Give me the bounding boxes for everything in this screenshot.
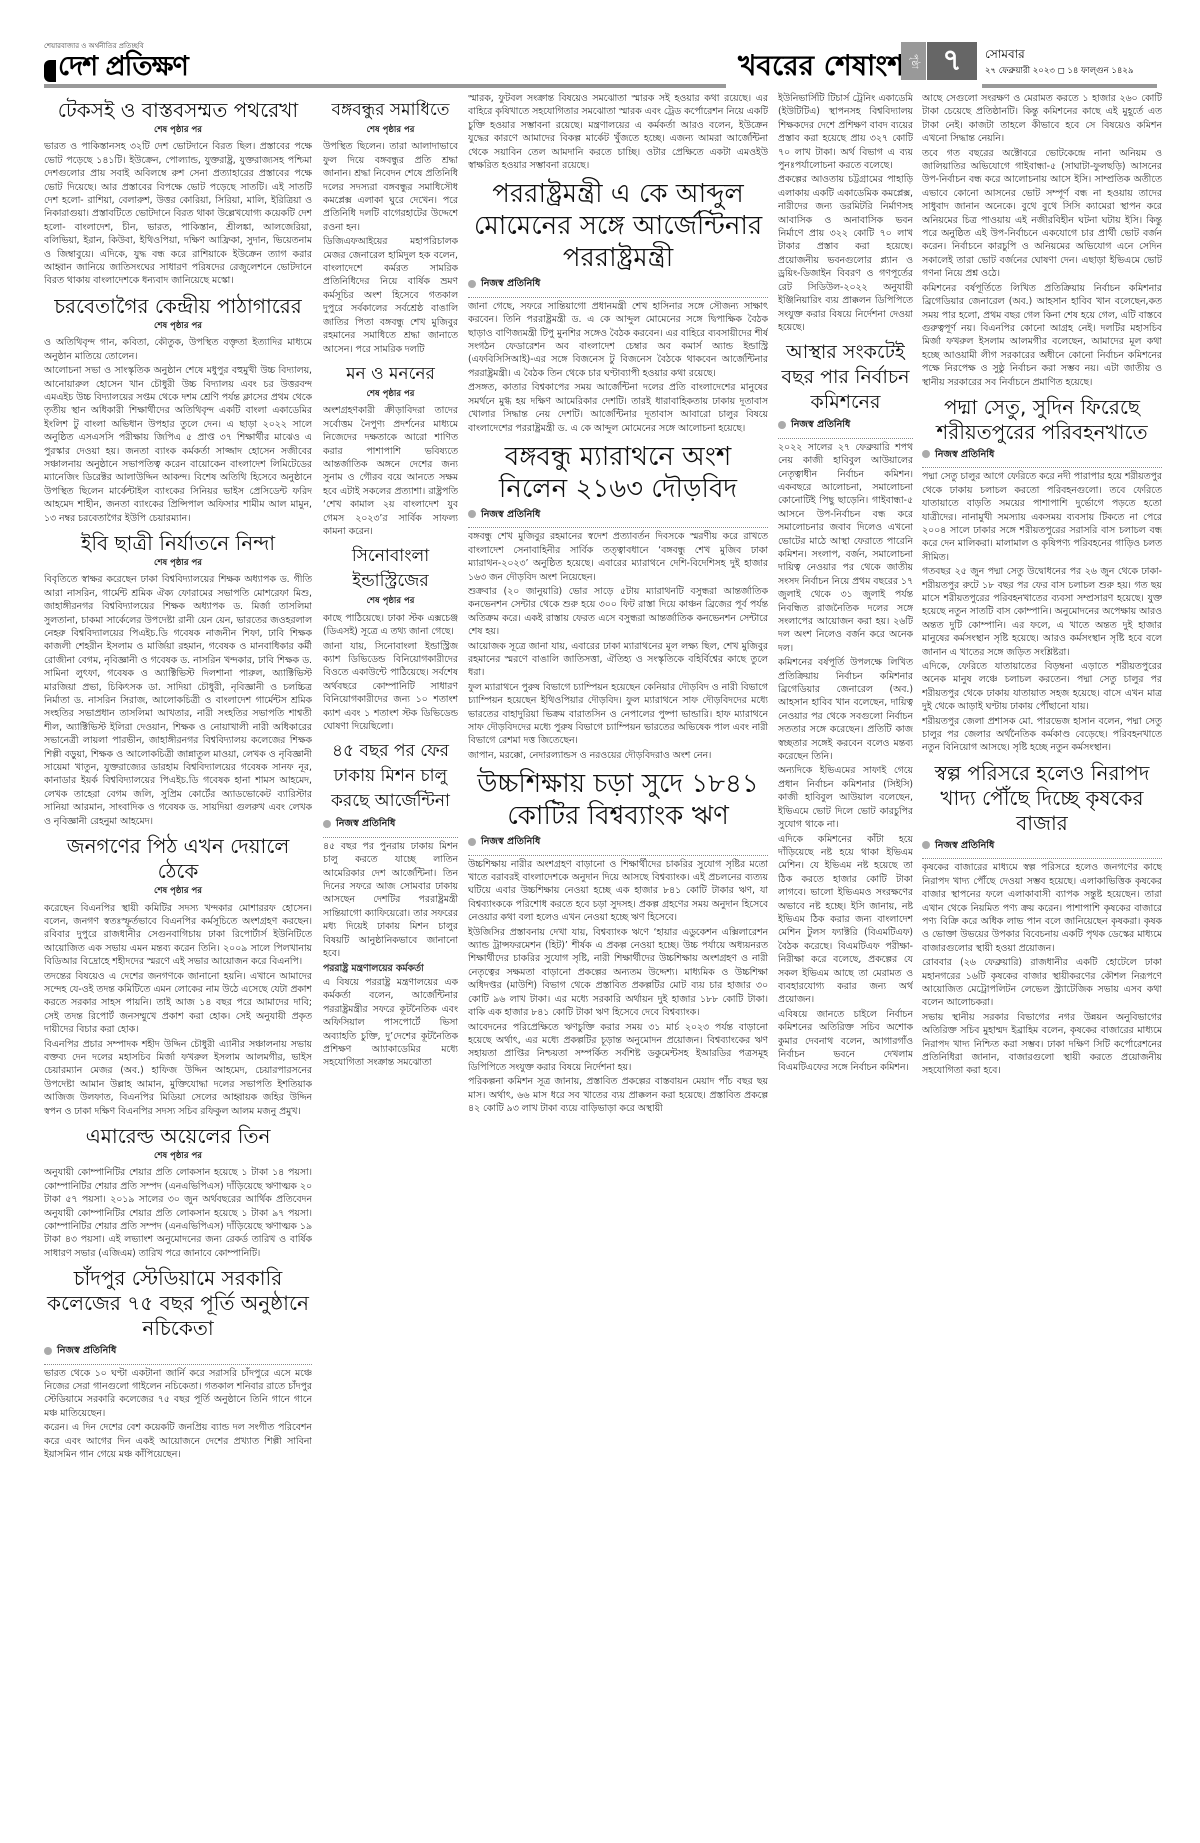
- article-emerald-p1: অনুযায়ী কোম্পানিটির শেয়ার প্রতি লোকসান…: [44, 1166, 312, 1260]
- continued-label: শেষ পৃষ্ঠার পর: [44, 320, 312, 333]
- byline: নিজস্ব প্রতিনিধি: [323, 817, 458, 837]
- headline-chandpur[interactable]: চাঁদপুর স্টেডিয়ামে সরকারি কলেজের ৭৫ বছর…: [44, 1266, 312, 1341]
- bullet-icon: [323, 820, 331, 828]
- issue-date: ২৭ ফেব্রুয়ারী ২০২৩ ◻ ১৪ ফাল্গুন ১৪২৯: [985, 64, 1133, 78]
- continued-label: শেষ পৃষ্ঠার পর: [44, 124, 312, 137]
- headline-momen[interactable]: পররাষ্ট্রমন্ত্রী এ কে আব্দুল মোমেনের সঙ্…: [468, 178, 768, 274]
- bullet-icon: [468, 838, 476, 846]
- byline: নিজস্ব প্রতিনিধি: [922, 839, 1162, 859]
- byline: নিজস্ব প্রতিনিধি: [468, 508, 768, 528]
- headline-emerald[interactable]: এমারেল্ড অয়েলের তিন: [44, 1124, 312, 1149]
- section-title: খবরের শেষাংশ: [738, 44, 904, 91]
- article-krishok-p2: রোববার (২৬ ফেব্রুয়ারি) রাজধানীর একটি হো…: [922, 956, 1162, 1010]
- bullet-icon: [44, 1347, 52, 1355]
- article-jonogon-p1: করেছেন বিএনপির স্থায়ী কমিটির সদস্য খন্দ…: [44, 902, 312, 969]
- bullet-icon: [922, 450, 930, 458]
- continued-label: শেষ পৃষ্ঠার পর: [44, 885, 312, 898]
- article-university-p1: ইউনিভার্সিটি টিচার্স ট্রেনিং একাডেমি (ইউ…: [778, 92, 913, 172]
- bullet-icon: [468, 510, 476, 518]
- article-jonogon-p3: বিএনপির প্রচার সম্পাদক শহীদ উদ্দিন চৌধুর…: [44, 1038, 312, 1118]
- column-election: ইউনিভার্সিটি টিচার্স ট্রেনিং একাডেমি (ইউ…: [778, 92, 913, 1832]
- article-momen-lead: স্মারক, ফুটবল সংক্রান্ত বিষয়েও সমঝোতা স…: [468, 92, 768, 172]
- article-texoi-p1: ভারত ও পাকিস্তানসহ ৩২টি দেশ ভোটদানে বিরত…: [44, 140, 312, 287]
- article-padma-p4: শরীয়তপুর জেলা প্রশাসক মো. পারভেজ হাসান …: [922, 715, 1162, 755]
- article-marathon-p2: শুক্রবার (২০ জানুয়ারি) ভোর সাড়ে ৫টায় …: [468, 585, 768, 639]
- article-worldbank-p4: পরিকল্পনা কমিশন সূত্র জানায়, প্রস্তাবিত…: [468, 1075, 768, 1115]
- byline: নিজস্ব প্রতিনিধি: [922, 448, 1162, 468]
- headline-jonogon[interactable]: জনগণের পিঠ এখন দেয়ালে ঠেকে: [44, 834, 312, 884]
- article-worldbank-p1: উচ্চশিক্ষায় নারীর অংশগ্রহণ বাড়ানো ও শি…: [468, 858, 768, 925]
- article-ec-p4: এদিকে কমিশনের কাঁটা হয়ে দাঁড়িয়েছে নষ্…: [778, 833, 913, 1007]
- continued-label: শেষ পৃষ্ঠার পর: [323, 124, 458, 137]
- article-chandpur-p2: করেন। এ দিন দেশের বেশ কয়েকটি জনপ্রিয় ব…: [44, 1421, 312, 1461]
- paper-name: দেশ প্রতিক্ষণ: [58, 51, 188, 82]
- article-momen-p1: জানা গেছে, সফরে সান্তিয়াগো প্রধানমন্ত্র…: [468, 300, 768, 380]
- continued-label: শেষ পৃষ্ঠার পর: [323, 388, 458, 401]
- page-number: ৭: [927, 42, 977, 80]
- article-ec-p2: কমিশনের বর্ষপূর্তি উপলক্ষে লিখিত প্রতিক্…: [778, 656, 913, 763]
- article-ec-p1: ২০২২ সালের ২৭ ফেব্রুয়ারি শপথ নেয় কাজী …: [778, 441, 913, 656]
- article-mission-p1: ৪৫ বছর পর পুনরায় ঢাকায় মিশন চালু করতে …: [323, 840, 458, 961]
- article-sino-p2: জানা যায়, সিনোবাংলা ইন্ডাস্ট্রিজ ক্যাশ …: [323, 640, 458, 734]
- article-charbetagi-p1: ও অতিথিবৃন্দ গান, কবিতা, কৌতুক, উপস্থিত …: [44, 336, 312, 363]
- headline-bangabandhu-tomb[interactable]: বঙ্গবন্ধুর সমাধিতে: [323, 98, 458, 123]
- continued-label: শেষ পৃষ্ঠার পর: [44, 557, 312, 570]
- column-middle: স্মারক, ফুটবল সংক্রান্ত বিষয়েও সমঝোতা স…: [468, 92, 768, 1832]
- article-mon-p1: অংশগ্রহণকারী ক্রীড়াবিদরা তাদের সর্বোত্ত…: [323, 404, 458, 538]
- header-rule-right: [982, 84, 1157, 88]
- column-left: টেকসই ও বাস্তবসম্মত পথরেখা শেষ পৃষ্ঠার প…: [44, 92, 312, 1832]
- headline-ibi[interactable]: ইবি ছাত্রী নির্যাতনে নিন্দা: [44, 531, 312, 556]
- article-evm-p3: কমিশনের বর্ষপূর্তিতে লিখিত প্রতিক্রিয়ায…: [922, 282, 1162, 389]
- article-krishok-p3: সভায় স্থানীয় সরকার বিভাগের নগর উন্নয়ন…: [922, 1011, 1162, 1078]
- article-chandpur-p1: ভারত থেকে ১০ ঘণ্টা একটানা জার্নি করে সরা…: [44, 1367, 312, 1421]
- article-sino-p1: কাছে পাঠিয়েছে। ঢাকা স্টক এক্সচেঞ্জ (ডিএ…: [323, 612, 458, 639]
- issue-day: সোমবার: [985, 46, 1025, 66]
- headline-worldbank[interactable]: উচ্চশিক্ষায় চড়া সুদে ১৮৪১ কোটির বিশ্বব…: [468, 768, 768, 832]
- headline-charbetagi[interactable]: চরবেতাগৈর কেন্দ্রীয় পাঠাগারের: [44, 294, 312, 319]
- header-rule-left: [44, 84, 726, 88]
- headline-krishok-bazar[interactable]: স্বল্প পরিসরে হলেও নিরাপদ খাদ্য পৌঁছে দি…: [922, 761, 1162, 836]
- article-ibi-p1: বিবৃতিতে স্বাক্ষর করেছেন ঢাকা বিশ্ববিদ্য…: [44, 573, 312, 828]
- bullet-icon: [468, 280, 476, 288]
- column-right: আছে সেগুলো সংরক্ষণ ও মেরামত করতে ১ হাজার…: [922, 92, 1162, 1832]
- article-mission-subhead: পররাষ্ট্র মন্ত্রণালয়ের কর্মকর্তা: [323, 962, 458, 975]
- article-krishok-p1: কৃষকের বাজারের মাধ্যমে স্বল্প পরিসরে হলে…: [922, 861, 1162, 955]
- article-padma-p1: পদ্মা সেতু চালুর আগে ফেরিতে করে নদী পারা…: [922, 470, 1162, 564]
- headline-texoi[interactable]: টেকসই ও বাস্তবসম্মত পথরেখা: [44, 98, 312, 123]
- article-mission-p2: এ বিষয়ে পররাষ্ট্র মন্ত্রণালয়ের এক কর্ম…: [323, 976, 458, 1070]
- byline: নিজস্ব প্রতিনিধি: [468, 277, 768, 297]
- article-padma-p2: গতবছর ২৫ জুন পদ্মা সেতু উদ্বোধনের পর ২৬ …: [922, 565, 1162, 659]
- article-tomb-p1: উপস্থিত ছিলেন। তারা আলাদাভাবে ফুল দিয়ে …: [323, 140, 458, 234]
- article-worldbank-p2: ইউজিসির প্রস্তাবনায় দেখা যায়, বিশ্বব্য…: [468, 926, 768, 1020]
- headline-mon-monon[interactable]: মন ও মননের: [323, 362, 458, 387]
- article-university-p2: প্রকল্পের আওতায় চট্টগ্রামের পাহাড়ি এলা…: [778, 173, 913, 334]
- article-evm-p1: আছে সেগুলো সংরক্ষণ ও মেরামত করতে ১ হাজার…: [922, 92, 1162, 146]
- byline: নিজস্ব প্রতিনিধি: [44, 1344, 312, 1364]
- article-ec-p3: অন্যদিকে ইভিএমের সাফাই গেয়ে প্রধান নির্…: [778, 764, 913, 831]
- article-ec-p5: এবিষয়ে জানতে চাইলে নির্বাচন কমিশনের অতি…: [778, 1008, 913, 1075]
- continued-label: শেষ পৃষ্ঠার পর: [323, 595, 458, 608]
- article-worldbank-p3: আবেদনের পরিপ্রেক্ষিতে ঋণচুক্তি করার সময়…: [468, 1021, 768, 1075]
- bullet-icon: [778, 421, 786, 429]
- column-narrow: বঙ্গবন্ধুর সমাধিতে শেষ পৃষ্ঠার পর উপস্থি…: [323, 92, 458, 1832]
- article-padma-p3: এদিকে, ফেরিতে যাতায়াতের বিড়ম্বনা এড়াত…: [922, 660, 1162, 714]
- headline-argentina-mission[interactable]: ৪৫ বছর পর ফের ঢাকায় মিশন চালু করছে আর্জ…: [323, 739, 458, 814]
- logo-emblem-icon: [44, 60, 56, 82]
- article-momen-p2: প্রসঙ্গত, কাতার বিশ্বকাপের সময় আর্জেন্ট…: [468, 381, 768, 435]
- headline-marathon[interactable]: বঙ্গবন্ধু ম্যারাথনে অংশ নিলেন ২১৬৩ দৌড়ব…: [468, 441, 768, 505]
- bullet-icon: [922, 841, 930, 849]
- headline-sinobangla[interactable]: সিনোবাংলা ইন্ডাস্ট্রিজের: [323, 544, 458, 594]
- continued-label: শেষ পৃষ্ঠার পর: [44, 1150, 312, 1163]
- article-marathon-p5: জাপান, মরক্কো, নেদারল্যান্ডস ও নরওয়ের দ…: [468, 749, 768, 762]
- article-marathon-p3: আয়োজক সূত্রে জানা যায়, এবারের ঢাকা ম্য…: [468, 640, 768, 680]
- byline: নিজস্ব প্রতিনিধি: [778, 418, 913, 438]
- headline-election-commission[interactable]: আস্থার সংকটেই বছর পার নির্বাচন কমিশনের: [778, 340, 913, 415]
- article-charbetagi-p2: আলোচনা সভা ও সাংস্কৃতিক অনুষ্ঠান শেষে মধ…: [44, 364, 312, 525]
- newspaper-logo[interactable]: শেয়ারবাজার ও অর্থনীতির প্রতিচ্ছবি দেশ প…: [44, 40, 188, 82]
- headline-padma[interactable]: পদ্মা সেতু, সুদিন ফিরেছে শরীয়তপুরের পরি…: [922, 395, 1162, 445]
- article-marathon-p4: ফুল ম্যারাথনে পুরুষ বিভাগে চ্যাম্পিয়ন হ…: [468, 681, 768, 748]
- page-label: পৃষ্ঠা: [901, 42, 926, 80]
- masthead: শেয়ারবাজার ও অর্থনীতির প্রতিচ্ছবি দেশ প…: [0, 0, 1200, 66]
- byline: নিজস্ব প্রতিনিধি: [468, 835, 768, 855]
- article-jonogon-p2: তদন্তের বিষয়েও এ দেশের জনগণকে জানানো হয…: [44, 970, 312, 1037]
- article-evm-p2: তবে গত বছরের অক্টোবরে ভোটকেন্দ্রে নানা অ…: [922, 147, 1162, 281]
- article-marathon-p1: বঙ্গবন্ধু শেখ মুজিবুর রহমানের স্বদেশ প্র…: [468, 530, 768, 584]
- article-tomb-p2: ডিজিএফআইয়ের মহাপরিচালক মেজর জেনারেল হাম…: [323, 235, 458, 356]
